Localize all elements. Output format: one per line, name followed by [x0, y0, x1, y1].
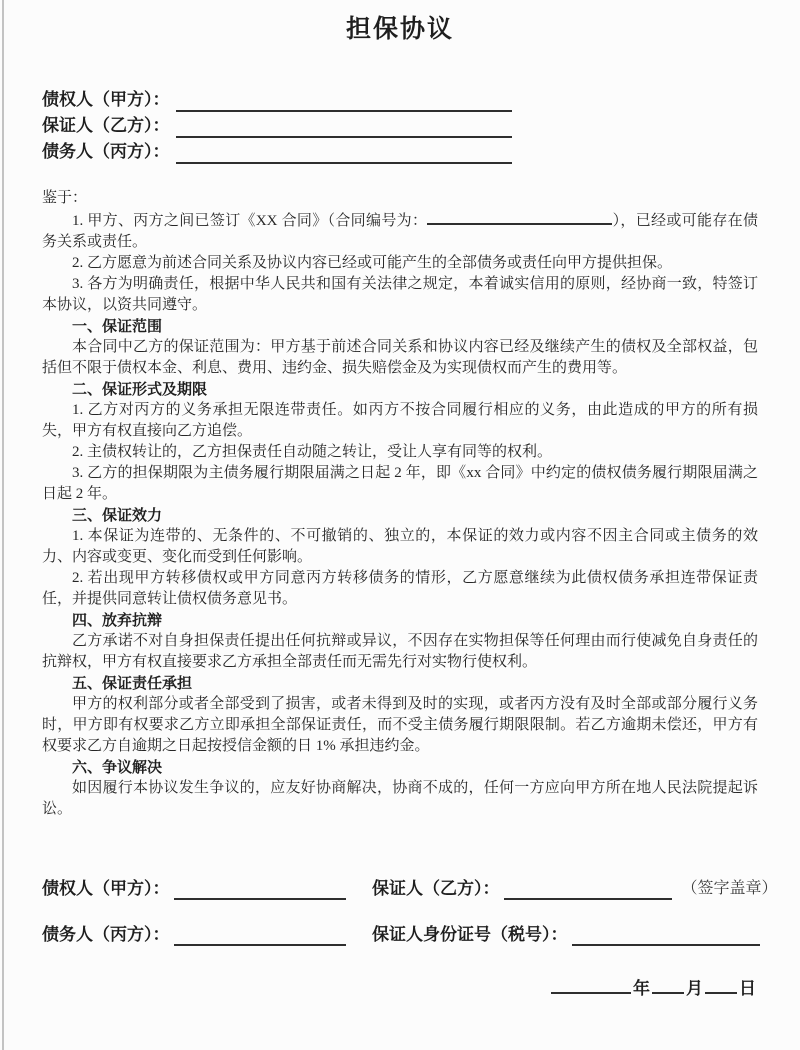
debtor-signature-label: 债务人（丙方）：: [42, 924, 170, 946]
section-6-paragraph: 如因履行本协议发生争议的，应友好协商解决，协商不成的，任何一方应向甲方所在地人民…: [42, 778, 758, 820]
section-1-paragraph: 本合同中乙方的保证范围为：甲方基于前述合同关系和协议内容已经及继续产生的债权及全…: [42, 337, 758, 379]
creditor-blank-line: [176, 90, 512, 112]
party-header-block: 债权人（甲方）： 保证人（乙方）： 债务人（丙方）：: [42, 86, 758, 164]
contract-number-blank-line: [427, 209, 612, 225]
section-3-clause-2: 2. 若出现甲方转移债权或甲方同意丙方转移债务的情形，乙方愿意继续为此债权债务承…: [42, 568, 758, 610]
creditor-header-row: 债权人（甲方）：: [42, 86, 758, 112]
creditor-signature-label: 债权人（甲方）：: [42, 878, 170, 900]
document-page: 担保协议 债权人（甲方）： 保证人（乙方）： 债务人（丙方）： 鉴于： 1. 甲…: [0, 0, 800, 1050]
section-3-clause-1: 1. 本保证为连带的、无条件的、不可撤销的、独立的，本保证的效力或内容不因主合同…: [42, 526, 758, 568]
section-4-paragraph: 乙方承诺不对自身担保责任提出任何抗辩或异议，不因存在实物担保等任何理由而行使减免…: [42, 631, 758, 673]
guarantor-id-label: 保证人身份证号（税号）：: [372, 924, 568, 946]
guarantor-header-row: 保证人（乙方）：: [42, 112, 758, 138]
whereas-clause-1-pre: 1. 甲方、丙方之间已签订《XX 合同》（合同编号为：: [72, 213, 427, 229]
whereas-clause-3: 3. 各方为明确责任，根据中华人民共和国有关法律之规定，本着诚实信用的原则，经协…: [42, 274, 758, 316]
date-year-label: 年: [633, 979, 650, 998]
debtor-signature-line: [174, 926, 346, 946]
guarantor-label: 保证人（乙方）：: [42, 114, 170, 138]
section-2-heading: 二、保证形式及期限: [42, 379, 758, 400]
debtor-label: 债务人（丙方）：: [42, 140, 170, 164]
signature-row-2: 债务人（丙方）： 保证人身份证号（税号）：: [42, 922, 758, 946]
guarantor-blank-line: [176, 116, 512, 138]
document-title: 担保协议: [42, 14, 758, 44]
debtor-signature-cell: 债务人（丙方）：: [42, 924, 372, 946]
guarantor-signature-label: 保证人（乙方）：: [372, 878, 500, 900]
whereas-clause-1: 1. 甲方、丙方之间已签订《XX 合同》（合同编号为：），已经或可能存在债务关系…: [42, 209, 758, 253]
debtor-blank-line: [176, 142, 512, 164]
agreement-body: 鉴于： 1. 甲方、丙方之间已签订《XX 合同》（合同编号为：），已经或可能存在…: [42, 188, 758, 820]
section-1-heading: 一、保证范围: [42, 316, 758, 337]
seal-note: （签字盖章）: [682, 878, 778, 900]
guarantor-id-cell: 保证人身份证号（税号）：: [372, 924, 760, 946]
section-5-heading: 五、保证责任承担: [42, 673, 758, 694]
date-month-label: 月: [686, 979, 703, 998]
guarantor-signature-line: [504, 880, 672, 900]
section-2-clause-2: 2. 主债权转让的，乙方担保责任自动随之转让，受让人享有同等的权利。: [42, 442, 758, 463]
creditor-label: 债权人（甲方）：: [42, 88, 170, 112]
date-year-blank-line: [551, 974, 631, 994]
signature-block: 债权人（甲方）： 保证人（乙方）： （签字盖章） 债务人（丙方）： 保证人身份证…: [42, 876, 758, 998]
debtor-header-row: 债务人（丙方）：: [42, 138, 758, 164]
date-month-blank-line: [652, 974, 684, 994]
guarantor-signature-cell: 保证人（乙方）： （签字盖章）: [372, 878, 778, 900]
date-row: 年月日: [42, 974, 758, 998]
creditor-signature-cell: 债权人（甲方）：: [42, 878, 372, 900]
section-3-heading: 三、保证效力: [42, 505, 758, 526]
section-2-clause-3: 3. 乙方的担保期限为主债务履行期限届满之日起 2 年，即《xx 合同》中约定的…: [42, 463, 758, 505]
date-day-blank-line: [705, 974, 737, 994]
whereas-clause-2: 2. 乙方愿意为前述合同关系及协议内容已经或可能产生的全部债务或责任向甲方提供担…: [42, 253, 758, 274]
signature-row-1: 债权人（甲方）： 保证人（乙方）： （签字盖章）: [42, 876, 758, 900]
section-5-paragraph: 甲方的权利部分或者全部受到了损害，或者未得到及时的实现，或者丙方没有及时全部或部…: [42, 694, 758, 757]
section-4-heading: 四、放弃抗辩: [42, 610, 758, 631]
whereas-label: 鉴于：: [42, 188, 758, 209]
guarantor-id-line: [572, 926, 760, 946]
section-6-heading: 六、争议解决: [42, 757, 758, 778]
creditor-signature-line: [174, 880, 346, 900]
section-2-clause-1: 1. 乙方对丙方的义务承担无限连带责任。如丙方不按合同履行相应的义务，由此造成的…: [42, 400, 758, 442]
date-day-label: 日: [739, 979, 756, 998]
